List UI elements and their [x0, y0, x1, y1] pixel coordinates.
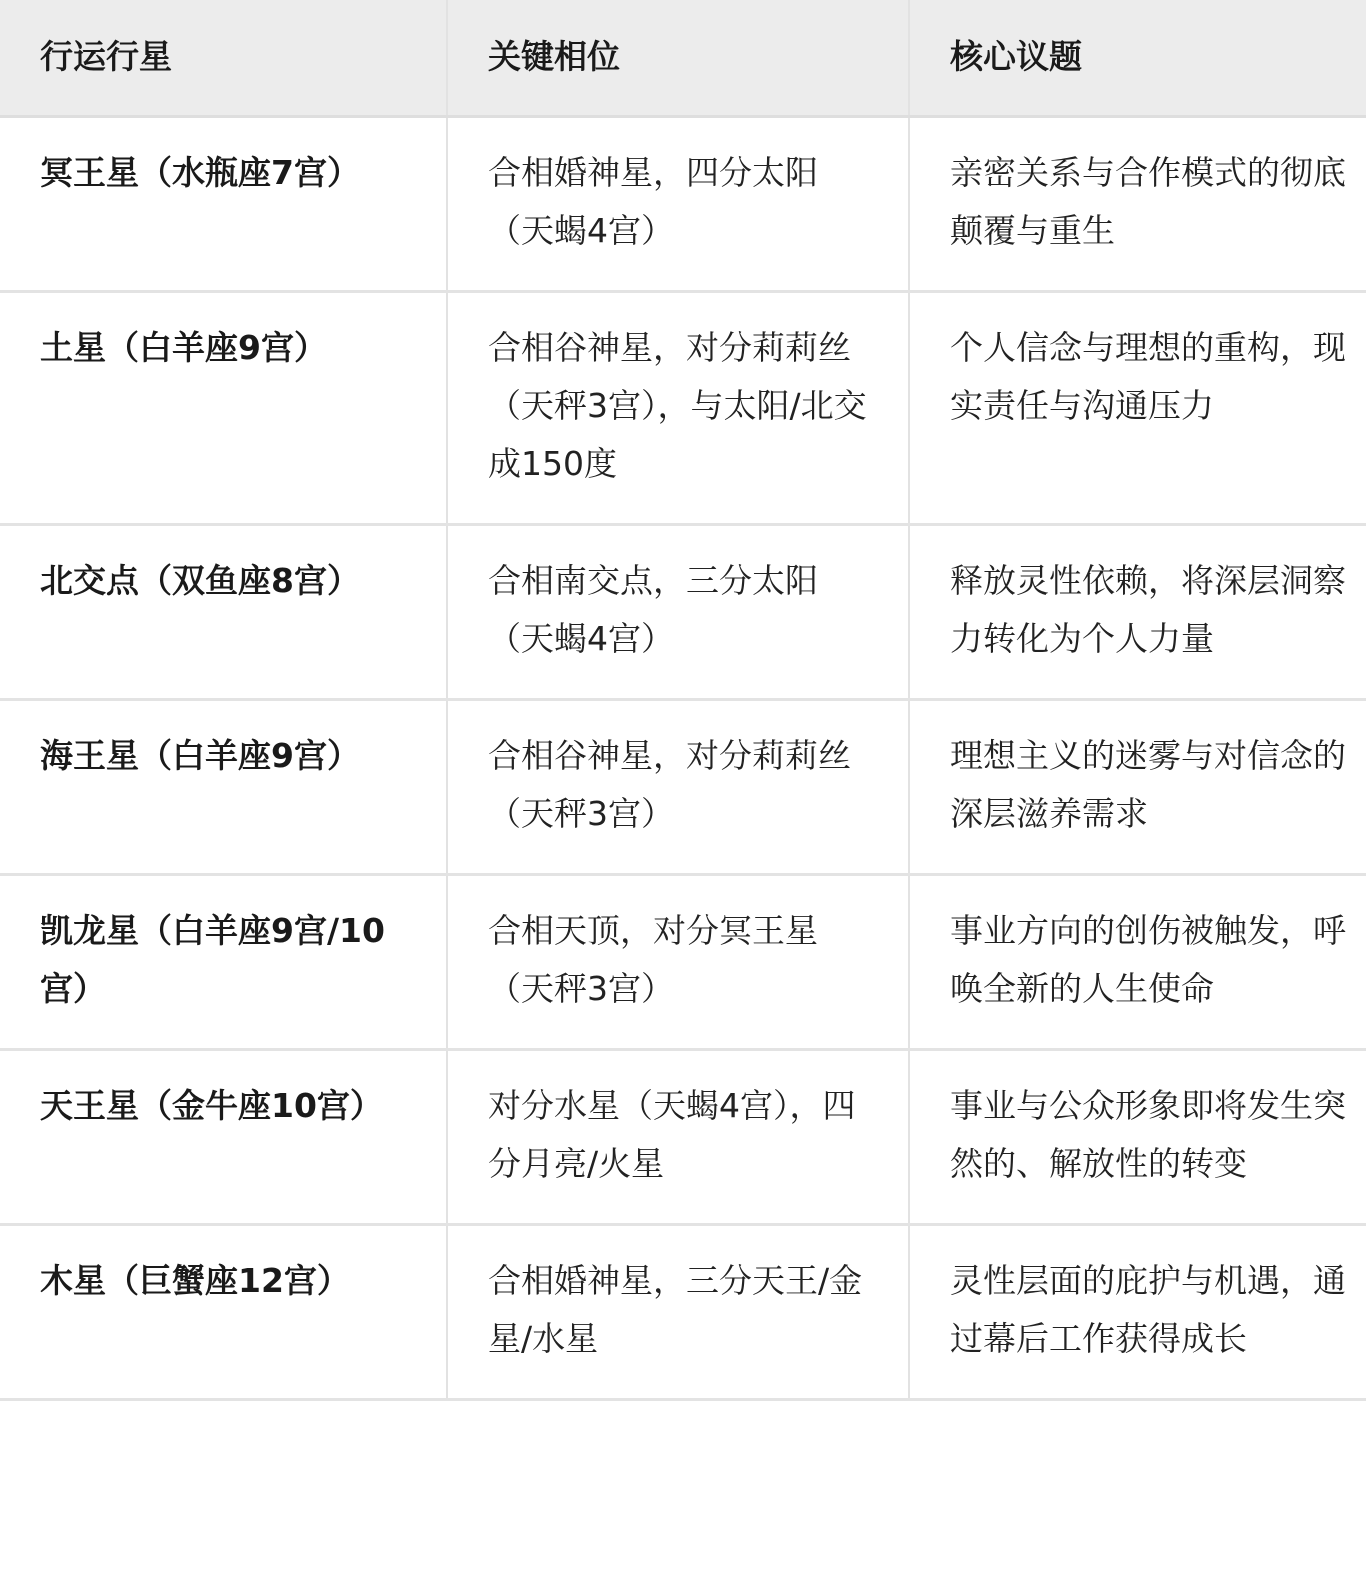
table-row: 北交点（双鱼座8宫） 合相南交点，三分太阳（天蝎4宫） 释放灵性依赖，将深层洞察…: [0, 525, 1366, 700]
cell-theme: 灵性层面的庇护与机遇，通过幕后工作获得成长: [909, 1225, 1366, 1400]
table-body: 冥王星（水瓶座7宫） 合相婚神星，四分太阳（天蝎4宫） 亲密关系与合作模式的彻底…: [0, 117, 1366, 1400]
cell-planet: 海王星（白羊座9宫）: [0, 700, 447, 875]
table-row: 海王星（白羊座9宫） 合相谷神星，对分莉莉丝（天秤3宫） 理想主义的迷雾与对信念…: [0, 700, 1366, 875]
cell-planet: 土星（白羊座9宫）: [0, 292, 447, 525]
cell-theme: 释放灵性依赖，将深层洞察力转化为个人力量: [909, 525, 1366, 700]
cell-planet: 冥王星（水瓶座7宫）: [0, 117, 447, 292]
cell-planet: 凯龙星（白羊座9宫/10宫）: [0, 875, 447, 1050]
cell-aspect: 合相谷神星，对分莉莉丝（天秤3宫）: [447, 700, 909, 875]
cell-theme: 事业与公众形象即将发生突然的、解放性的转变: [909, 1050, 1366, 1225]
cell-aspect: 合相谷神星，对分莉莉丝（天秤3宫），与太阳/北交成150度: [447, 292, 909, 525]
cell-theme: 亲密关系与合作模式的彻底颠覆与重生: [909, 117, 1366, 292]
header-core-theme: 核心议题: [909, 0, 1366, 117]
cell-theme: 理想主义的迷雾与对信念的深层滋养需求: [909, 700, 1366, 875]
cell-aspect: 合相婚神星，三分天王/金星/水星: [447, 1225, 909, 1400]
cell-planet: 北交点（双鱼座8宫）: [0, 525, 447, 700]
header-transit-planet: 行运行星: [0, 0, 447, 117]
table-row: 天王星（金牛座10宫） 对分水星（天蝎4宫），四分月亮/火星 事业与公众形象即将…: [0, 1050, 1366, 1225]
cell-theme: 事业方向的创伤被触发，呼唤全新的人生使命: [909, 875, 1366, 1050]
cell-theme: 个人信念与理想的重构，现实责任与沟通压力: [909, 292, 1366, 525]
cell-aspect: 合相天顶，对分冥王星（天秤3宫）: [447, 875, 909, 1050]
cell-aspect: 对分水星（天蝎4宫），四分月亮/火星: [447, 1050, 909, 1225]
table-row: 凯龙星（白羊座9宫/10宫） 合相天顶，对分冥王星（天秤3宫） 事业方向的创伤被…: [0, 875, 1366, 1050]
header-row: 行运行星 关键相位 核心议题: [0, 0, 1366, 117]
cell-planet: 天王星（金牛座10宫）: [0, 1050, 447, 1225]
transit-table: 行运行星 关键相位 核心议题 冥王星（水瓶座7宫） 合相婚神星，四分太阳（天蝎4…: [0, 0, 1366, 1401]
cell-aspect: 合相婚神星，四分太阳（天蝎4宫）: [447, 117, 909, 292]
cell-aspect: 合相南交点，三分太阳（天蝎4宫）: [447, 525, 909, 700]
table-header: 行运行星 关键相位 核心议题: [0, 0, 1366, 117]
table-row: 木星（巨蟹座12宫） 合相婚神星，三分天王/金星/水星 灵性层面的庇护与机遇，通…: [0, 1225, 1366, 1400]
header-key-aspect: 关键相位: [447, 0, 909, 117]
cell-planet: 木星（巨蟹座12宫）: [0, 1225, 447, 1400]
table-row: 冥王星（水瓶座7宫） 合相婚神星，四分太阳（天蝎4宫） 亲密关系与合作模式的彻底…: [0, 117, 1366, 292]
table-row: 土星（白羊座9宫） 合相谷神星，对分莉莉丝（天秤3宫），与太阳/北交成150度 …: [0, 292, 1366, 525]
